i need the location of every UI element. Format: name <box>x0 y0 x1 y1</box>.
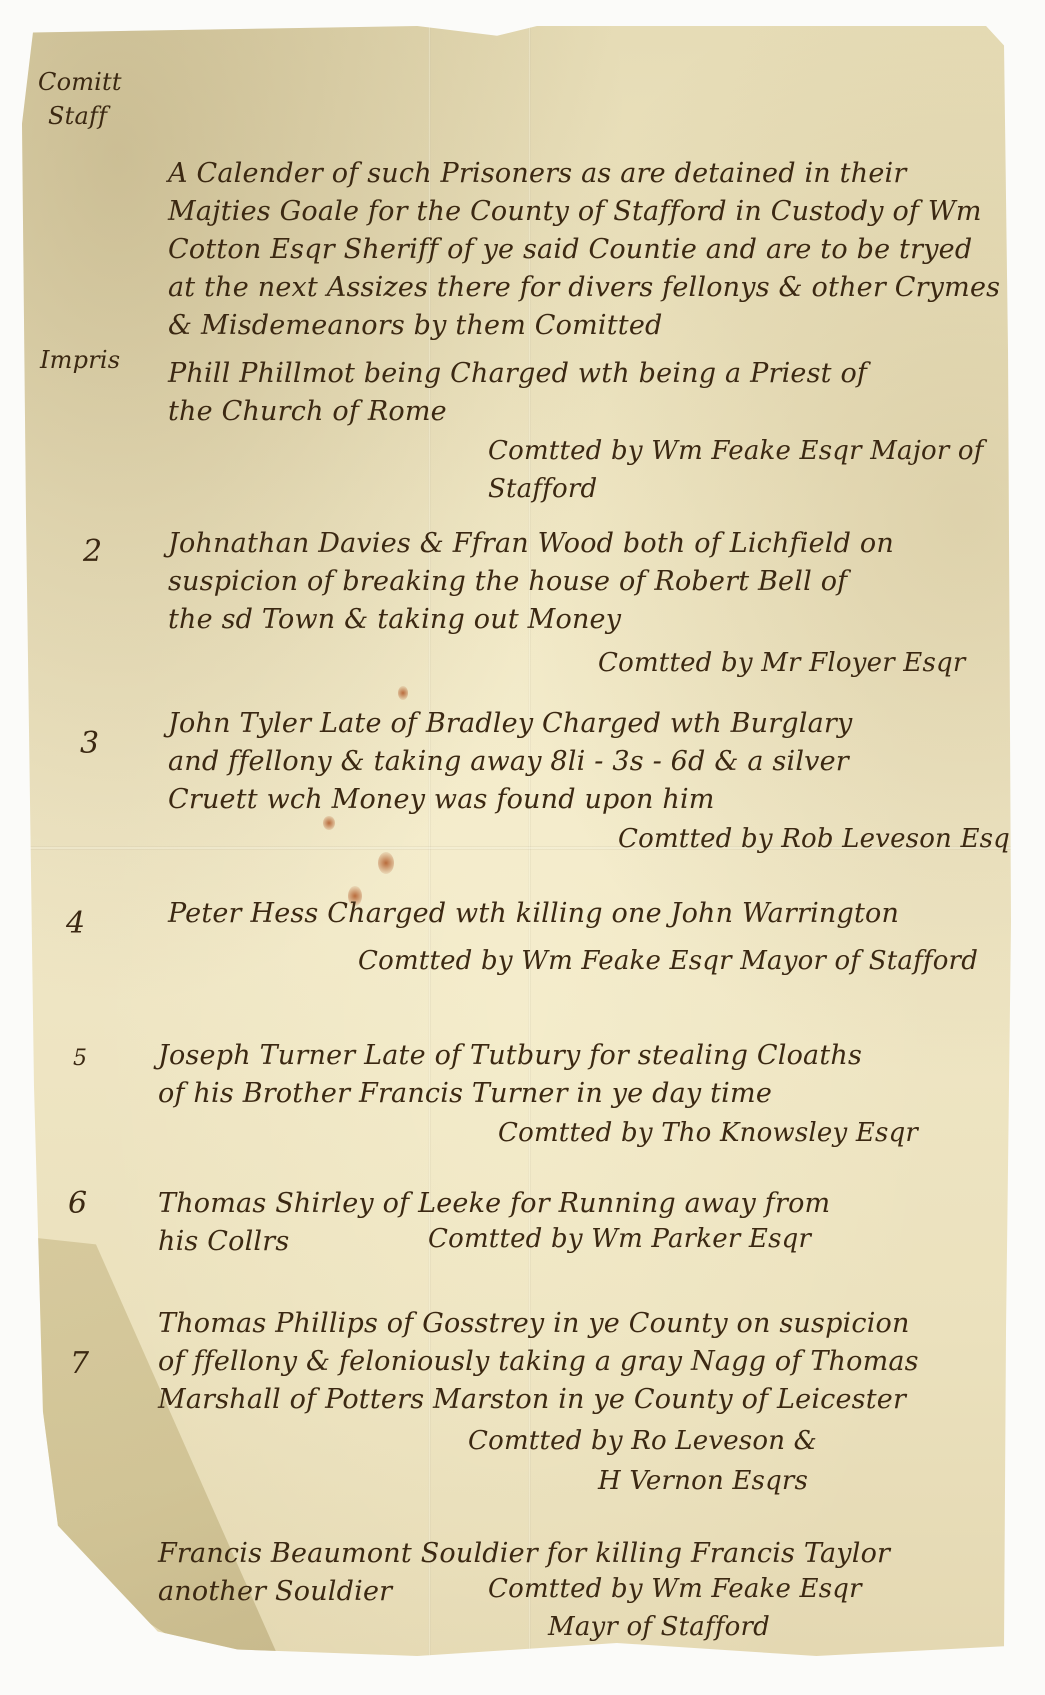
manuscript-page: Comitt Staff A Calender of such Prisoner… <box>18 26 1016 1656</box>
entry-line: Marshall of Potters Marston in ye County… <box>158 1382 906 1418</box>
heading-line: A Calender of such Prisoners as are deta… <box>168 156 906 192</box>
entry-number: 7 <box>70 1346 89 1381</box>
entry-line: another Souldier <box>158 1574 392 1610</box>
entry-line: Francis Beaumont Souldier for killing Fr… <box>158 1536 890 1572</box>
committed-by: Mayr of Stafford <box>548 1612 770 1642</box>
committed-by: Comtted by Wm Feake Esqr Mayor of Staffo… <box>358 946 978 976</box>
entry-line: the sd Town & taking out Money <box>168 602 621 638</box>
entry-line: his Collrs <box>158 1224 289 1260</box>
entry-line: Johnathan Davies & Ffran Wood both of Li… <box>168 526 894 562</box>
heading-line: Cotton Esqr Sheriff of ye said Countie a… <box>168 232 972 268</box>
entry-line: of his Brother Francis Turner in ye day … <box>158 1076 772 1112</box>
entry-number: 2 <box>83 534 102 569</box>
entry-line: of ffellony & feloniously taking a gray … <box>158 1344 919 1380</box>
ink-stain <box>398 686 408 700</box>
committed-by: Comtted by Wm Feake Esqr <box>488 1574 862 1604</box>
entry-number: 5 <box>73 1046 87 1071</box>
entry-line: Thomas Phillips of Gosstrey in ye County… <box>158 1306 910 1342</box>
margin-heading-comitt: Comitt <box>38 66 122 98</box>
entry-number: 3 <box>80 726 99 761</box>
ink-stain <box>323 816 335 830</box>
committed-by: Comtted by Tho Knowsley Esqr <box>498 1118 918 1148</box>
entry-number: 4 <box>66 906 85 941</box>
committed-by: H Vernon Esqrs <box>598 1466 808 1496</box>
heading-line: Majties Goale for the County of Stafford… <box>168 194 982 230</box>
committed-by: Comtted by Wm Feake Esqr Major of <box>488 436 984 466</box>
entry-line: Phill Phillmot being Charged wth being a… <box>168 356 867 392</box>
entry-line: Thomas Shirley of Leeke for Running away… <box>158 1186 830 1222</box>
entry-line: John Tyler Late of Bradley Charged wth B… <box>168 706 852 742</box>
margin-heading-staff: Staff <box>48 100 107 132</box>
entry-number: 6 <box>68 1186 87 1221</box>
committed-by: Comtted by Mr Floyer Esqr <box>598 648 965 678</box>
entry-line: the Church of Rome <box>168 394 447 430</box>
entry-line: suspicion of breaking the house of Rober… <box>168 564 847 600</box>
heading-line: at the next Assizes there for divers fel… <box>168 270 1000 306</box>
committed-by: Comtted by Rob Leveson Esqr <box>618 824 1023 854</box>
entry-line: Cruett wch Money was found upon him <box>168 782 715 818</box>
committed-by: Stafford <box>488 474 597 504</box>
ink-stain <box>378 852 394 874</box>
committed-by: Comtted by Wm Parker Esqr <box>428 1224 811 1254</box>
entry-line: and ffellony & taking away 8li - 3s - 6d… <box>168 744 849 780</box>
heading-line: & Misdemeanors by them Comitted <box>168 308 663 344</box>
entry-line: Joseph Turner Late of Tutbury for steali… <box>158 1038 862 1074</box>
entry-line: Peter Hess Charged wth killing one John … <box>168 896 899 932</box>
entry-number: Impris <box>40 346 120 374</box>
committed-by: Comtted by Ro Leveson & <box>468 1426 817 1456</box>
